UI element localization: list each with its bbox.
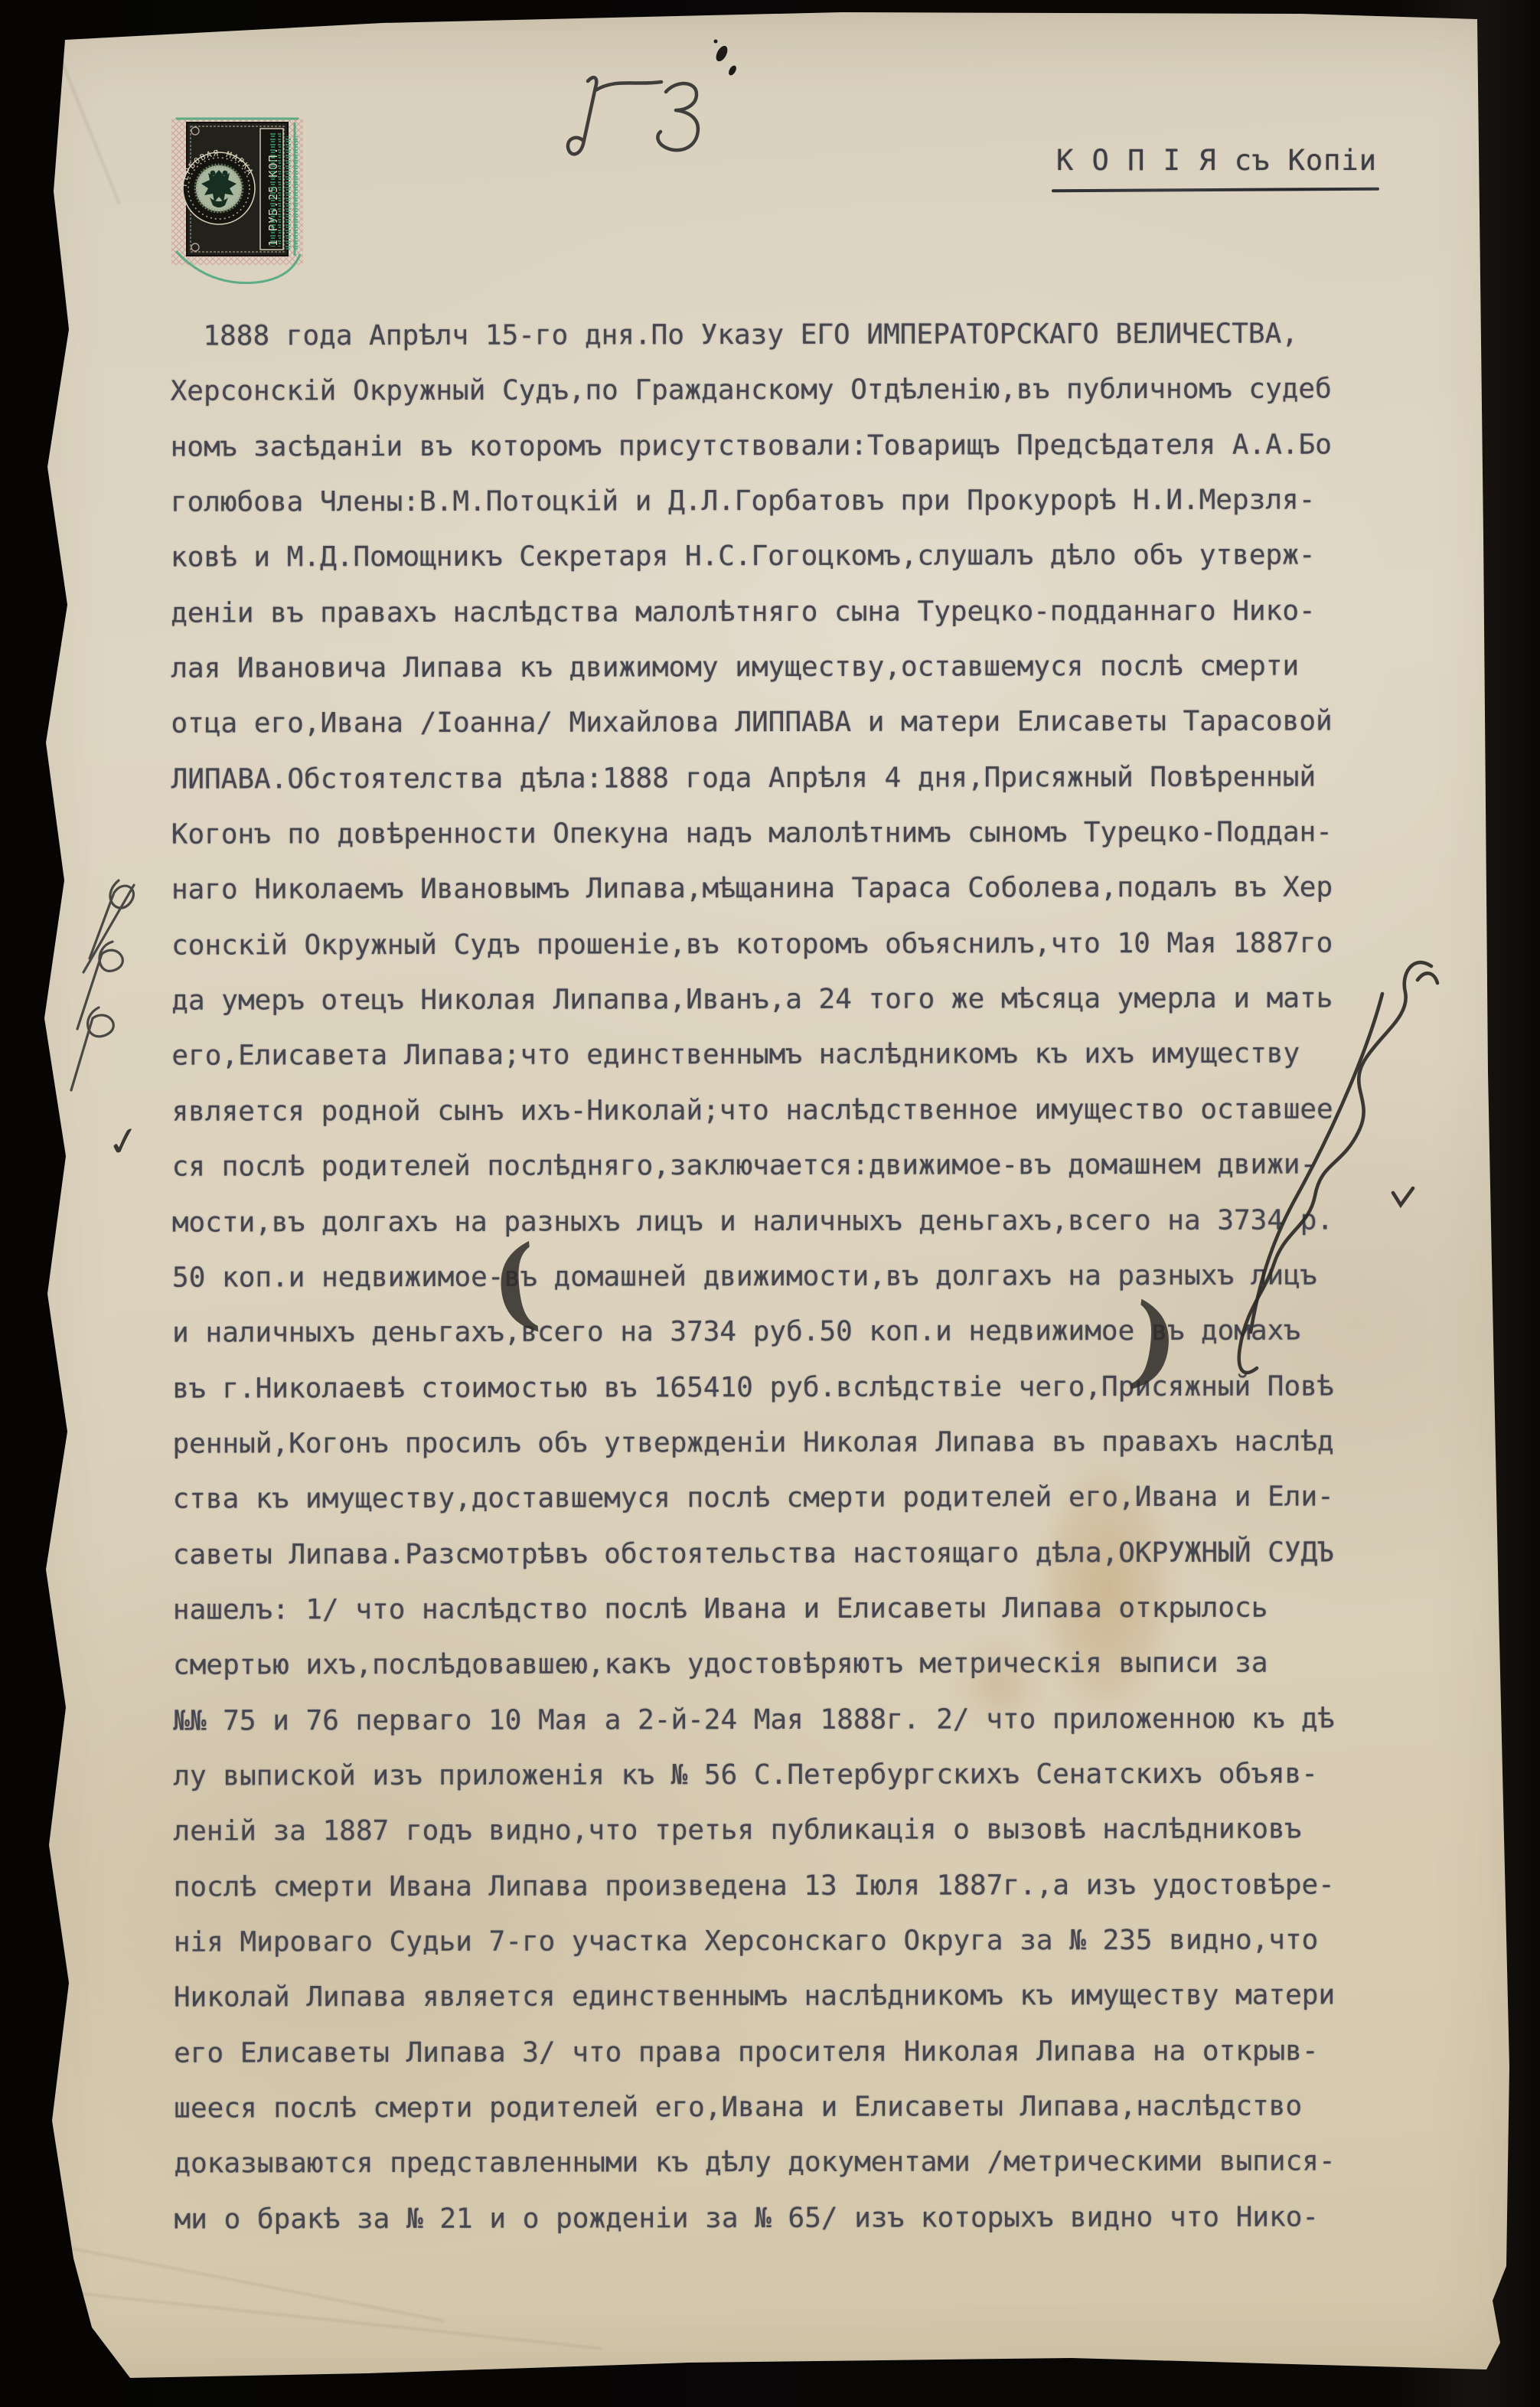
- margin-handwritten-note: [42, 865, 165, 1156]
- text-line: номъ засѣданіи въ которомъ присутствовал…: [171, 417, 1380, 475]
- text-line: отца его,Ивана /Іоанна/ Михайлова ЛИППАВ…: [171, 694, 1380, 753]
- text-line: смертью ихъ,послѣдовавшею,какъ удостовѣр…: [173, 1636, 1382, 1694]
- text-line: леній за 1887 годъ видно,что третья публ…: [173, 1802, 1382, 1860]
- text-line: лая Ивановича Липава къ движимому имущес…: [171, 638, 1380, 697]
- text-line: деніи въ правахъ наслѣдства малолѣтняго …: [171, 583, 1380, 642]
- text-line: ЛИПАВА.Обстоятелства дѣла:1888 года Апрѣ…: [171, 750, 1381, 808]
- text-line: №№ 75 и 76 перваго 10 Мая а 2-й-24 Мая 1…: [173, 1691, 1382, 1749]
- text-line: ми о бракѣ за № 21 и о рожденіи за № 65/…: [175, 2190, 1384, 2248]
- ink-blot: [693, 32, 762, 101]
- text-line: лу выпиской изъ приложенія къ № 56 С.Пет…: [173, 1746, 1382, 1804]
- text-line: ковѣ и М.Д.Помощникъ Секретаря Н.С.Гогоц…: [171, 528, 1380, 586]
- crease-top-left: [59, 54, 121, 204]
- scanned-document-page: { "page": { "copy_header": "К О П І Я съ…: [0, 0, 1540, 2407]
- text-line: 1888 года Апрѣлч 15-го дня.По Указу ЕГО …: [170, 306, 1379, 364]
- handwritten-signature: [1200, 948, 1464, 1426]
- text-line: ства къ имуществу,доставшемуся послѣ сме…: [173, 1470, 1382, 1528]
- text-line: Николай Липава является единственнымъ на…: [174, 1968, 1383, 2027]
- text-line: наго Николаемъ Ивановымъ Липава,мѣщанина…: [171, 861, 1381, 919]
- text-line: саветы Липава.Разсмотрѣвъ обстоятельства…: [173, 1525, 1382, 1583]
- text-line: шееся послѣ смерти родителей его,Ивана и…: [174, 2079, 1383, 2137]
- text-line: Когонъ по довѣренности Опекуна надъ мало…: [171, 805, 1381, 863]
- copy-header: К О П І Я съ Копіи: [1056, 144, 1385, 177]
- text-line: нія Мироваго Судьи 7-го участка Херсонск…: [174, 1912, 1383, 1971]
- text-line: Херсонскій Окружный Судъ,по Гражданскому…: [171, 362, 1380, 420]
- text-line: послѣ смерти Ивана Липава произведена 13…: [174, 1857, 1383, 1915]
- text-line: доказываются представленными къ дѣлу док…: [174, 2134, 1383, 2193]
- text-line: нашелъ: 1/ что наслѣдство послѣ Ивана и …: [173, 1580, 1382, 1638]
- paper-sheet: ГЕРБОВАЯ МАРКА 1 РУБ.25 КОП.: [0, 0, 1540, 2407]
- revenue-stamp: ГЕРБОВАЯ МАРКА 1 РУБ.25 КОП.: [170, 106, 309, 288]
- copy-header-underline: [1052, 188, 1379, 193]
- text-line: его Елисаветы Липава 3/ что права просит…: [174, 2023, 1383, 2082]
- text-line: голюбова Члены:В.М.Потоцкій и Д.Л.Горбат…: [171, 472, 1380, 531]
